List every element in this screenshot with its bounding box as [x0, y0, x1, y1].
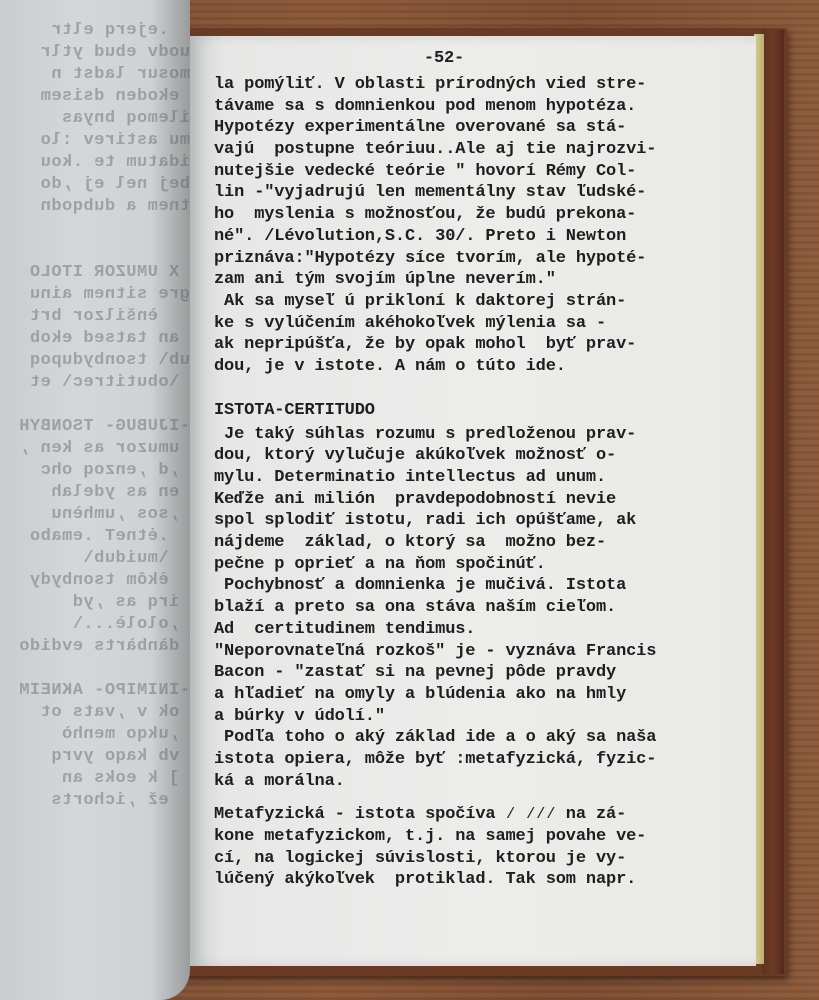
paragraph-types: Podľa toho o aký základ ide a o aký sa n… — [214, 727, 754, 792]
section-heading: ISTOTA-CERTITUDO — [214, 398, 754, 424]
text-line: Ak sa myseľ ú prikloní k daktorej strán- — [214, 291, 754, 313]
text-line: Hypotézy experimentálne overované sa stá… — [214, 117, 754, 139]
text-line: né". /Lévolution,S.C. 30/. Preto i Newto… — [214, 226, 754, 248]
typewritten-text: -52- la pomýliť. V oblasti prírodných vi… — [214, 44, 754, 891]
text-line: távame sa s domnienkou pod menom hypotéz… — [214, 96, 754, 118]
text-line: pečne p oprieť a na ňom spočinúť. — [214, 554, 754, 576]
text-line: la pomýliť. V oblasti prírodných vied st… — [214, 74, 754, 96]
text-line: ká a morálna. — [214, 771, 754, 793]
text-line: blaží a preto sa ona stáva naším cieľom. — [214, 597, 754, 619]
text-line: priznáva:"Hypotézy síce tvorím, ale hypo… — [214, 248, 754, 270]
text-line: cí, na logickej súvislosti, ktorou je vy… — [214, 848, 754, 870]
paragraph-definition: Je taký súhlas rozumu s predloženou prav… — [214, 424, 754, 728]
text-line: ho myslenia s možnosťou, že budú prekona… — [214, 204, 754, 226]
text-line: a hľadieť na omyly a blúdenia ako na hml… — [214, 684, 754, 706]
text-line: ke s vylúčením akéhokoľvek mýlenia sa - — [214, 313, 754, 335]
text-line: lúčený akýkoľvek protiklad. Tak som napr… — [214, 869, 754, 891]
text-line: mylu. Determinatio intellectus ad unum. — [214, 467, 754, 489]
text-line: dou, ktorý vylučuje akúkoľvek možnosť o- — [214, 445, 754, 467]
text-line: Je taký súhlas rozumu s predloženou prav… — [214, 424, 754, 446]
left-page: .ejerq eltr uodv ebud ytlr mosur ladst n… — [0, 0, 190, 1000]
text-line: kone metafyzickom, t.j. na samej povahe … — [214, 826, 754, 848]
text-line: "Neporovnateľná rozkoš" je - vyznáva Fra… — [214, 641, 754, 663]
right-page: -52- la pomýliť. V oblasti prírodných vi… — [190, 36, 756, 966]
text-line: spol splodiť istotu, radi ich opúšťame, … — [214, 510, 754, 532]
text-line: a búrky v údolí." — [214, 706, 754, 728]
paragraph-metaphysical: Metafyzická - istota spočíva ⁄ ⁄⁄⁄ na zá… — [214, 804, 754, 891]
text-line: Metafyzická - istota spočíva ⁄ ⁄⁄⁄ na zá… — [214, 804, 754, 826]
gutter-shadow — [150, 0, 190, 1000]
text-line: nájdeme základ, o ktorý sa možno bez- — [214, 532, 754, 554]
text-line: dou, je v istote. A nám o túto ide. — [214, 356, 754, 378]
text-line: Ad certitudinem tendimus. — [214, 619, 754, 641]
text-line: ak nepripúšťa, že by opak mohol byť prav… — [214, 334, 754, 356]
text-line: lin -"vyjadrujú len mementálny stav ľuds… — [214, 182, 754, 204]
text-line: Pochybnosť a domnienka je mučivá. Istota — [214, 575, 754, 597]
text-line: vajú postupne teóriuu..Ale aj tie najroz… — [214, 139, 754, 161]
text-line: Keďže ani milión pravdepodobností nevie — [214, 489, 754, 511]
text-line: Podľa toho o aký základ ide a o aký sa n… — [214, 727, 754, 749]
text-line: istota opiera, môže byť :metafyzická, fy… — [214, 749, 754, 771]
text-line: nutejšie vedecké teórie " hovorí Rémy Co… — [214, 161, 754, 183]
paragraph-hypotheses: la pomýliť. V oblasti prírodných vied st… — [214, 74, 754, 291]
book-cover-edge — [762, 30, 784, 974]
paragraph-certainty-intro: Ak sa myseľ ú prikloní k daktorej strán-… — [214, 291, 754, 378]
page-number: -52- — [214, 44, 674, 74]
text-line: Bacon - "zastať si na pevnej pôde pravdy — [214, 662, 754, 684]
text-line: zam ani tým svojím úplne neverím." — [214, 269, 754, 291]
